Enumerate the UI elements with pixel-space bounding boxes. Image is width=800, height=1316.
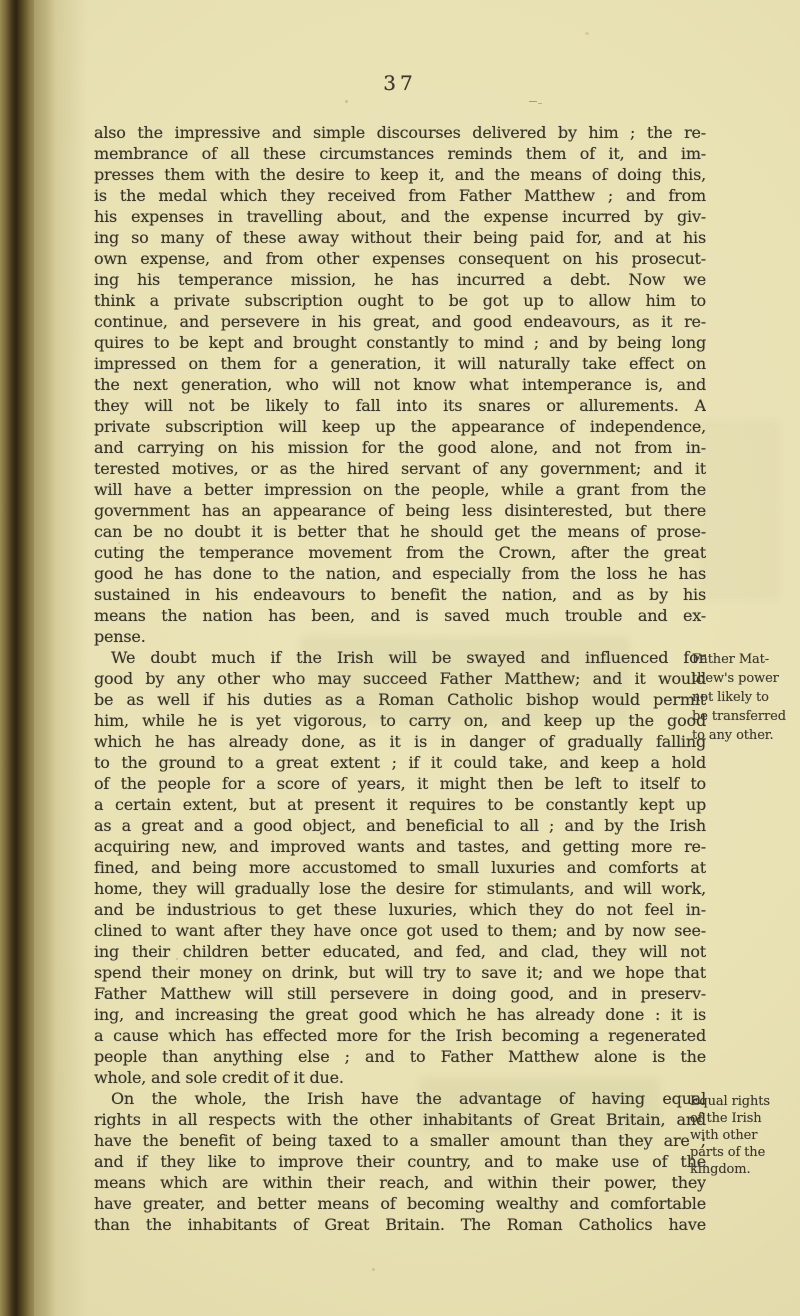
text-line: quires to be kept and brought constantly… (94, 332, 706, 353)
text-line: ing their children better educated, and … (94, 941, 706, 962)
text-line: home, they will gradually lose the desir… (94, 878, 706, 899)
margin-note-father-matthews-power: Father Mat-thew's powernot likely tobe t… (692, 650, 800, 745)
text-line: and be industrious to get these luxuries… (94, 899, 706, 920)
margin-note-line: be transferred (692, 707, 800, 726)
text-line: as a great and a good object, and benefi… (94, 815, 706, 836)
text-line: which he has already done, as it is in d… (94, 731, 706, 752)
margin-note-line: kingdom. (690, 1161, 800, 1178)
text-line: the next generation, who will not know w… (94, 374, 706, 395)
text-line: also the impressive and simple discourse… (94, 122, 706, 143)
margin-note-line: to any other. (692, 726, 800, 745)
margin-note-equal-rights: Equal rightsof the Irishwith otherparts … (690, 1093, 800, 1178)
text-line: to the ground to a great extent ; if it … (94, 752, 706, 773)
text-line: We doubt much if the Irish will be swaye… (94, 647, 706, 668)
text-line: think a private subscription ought to be… (94, 290, 706, 311)
text-line: membrance of all these circumstances rem… (94, 143, 706, 164)
page-number: 37 (0, 71, 800, 95)
text-line: they will not be likely to fall into its… (94, 395, 706, 416)
reverse-page-show-through (700, 420, 780, 600)
text-line: have greater, and better means of becomi… (94, 1193, 706, 1214)
margin-note-line: of the Irish (690, 1110, 800, 1127)
text-line: of the people for a score of years, it m… (94, 773, 706, 794)
text-line: impressed on them for a generation, it w… (94, 353, 706, 374)
text-line: him, while he is yet vigorous, to carry … (94, 710, 706, 731)
text-line: government has an appearance of being le… (94, 500, 706, 521)
text-line: acquiring new, and improved wants and ta… (94, 836, 706, 857)
text-line: a cause which has effected more for the … (94, 1025, 706, 1046)
text-line: whole, and sole credit of it due. (94, 1067, 706, 1088)
text-line: and carrying on his mission for the good… (94, 437, 706, 458)
paper-speck (345, 100, 348, 103)
text-line: On the whole, the Irish have the advanta… (94, 1088, 706, 1109)
paragraph-continuation: also the impressive and simple discourse… (94, 122, 706, 647)
text-line: cuting the temperance movement from the … (94, 542, 706, 563)
text-line: continue, and persevere in his great, an… (94, 311, 706, 332)
text-line: have the benefit of being taxed to a sma… (94, 1130, 706, 1151)
text-line: people than anything else ; and to Fathe… (94, 1046, 706, 1067)
text-line: spend their money on drink, but will try… (94, 962, 706, 983)
margin-note-line: parts of the (690, 1144, 800, 1161)
margin-note-line: Equal rights (690, 1093, 800, 1110)
text-line: can be no doubt it is better that he sho… (94, 521, 706, 542)
margin-note-line: not likely to (692, 688, 800, 707)
page-body: also the impressive and simple discourse… (94, 122, 706, 1235)
page-curl-highlight (34, 0, 44, 1316)
text-line: a certain extent, but at present it requ… (94, 794, 706, 815)
text-line: means which are within their reach, and … (94, 1172, 706, 1193)
text-line: ing so many of these away without their … (94, 227, 706, 248)
text-line: Father Matthew will still persevere in d… (94, 983, 706, 1004)
paper-speck (585, 32, 589, 35)
text-line: ing his temperance mission, he has incur… (94, 269, 706, 290)
margin-note-line: Father Mat- (692, 650, 800, 669)
text-line: good by any other who may succeed Father… (94, 668, 706, 689)
text-line: be as well if his duties as a Roman Cath… (94, 689, 706, 710)
ink-smudge-mark (529, 101, 542, 105)
text-line: means the nation has been, and is saved … (94, 605, 706, 626)
text-line: presses them with the desire to keep it,… (94, 164, 706, 185)
text-line: clined to want after they have once got … (94, 920, 706, 941)
text-line: own expense, and from other expenses con… (94, 248, 706, 269)
text-line: is the medal which they received from Fa… (94, 185, 706, 206)
margin-note-line: thew's power (692, 669, 800, 688)
book-binding-gutter (0, 0, 90, 1316)
text-line: good he has done to the nation, and espe… (94, 563, 706, 584)
text-line: will have a better impression on the peo… (94, 479, 706, 500)
text-line: terested motives, or as the hired servan… (94, 458, 706, 479)
book-page: 37 also the impressive and simple discou… (0, 0, 800, 1316)
text-line: ing, and increasing the great good which… (94, 1004, 706, 1025)
text-line: than the inhabitants of Great Britain. T… (94, 1214, 706, 1235)
paragraph-father-matthew-successor: We doubt much if the Irish will be swaye… (94, 647, 706, 1088)
text-line: fined, and being more accustomed to smal… (94, 857, 706, 878)
margin-note-line: with other (690, 1127, 800, 1144)
text-line: and if they like to improve their countr… (94, 1151, 706, 1172)
text-line: private subscription will keep up the ap… (94, 416, 706, 437)
text-line: his expenses in travelling about, and th… (94, 206, 706, 227)
paper-speck (372, 1268, 375, 1271)
text-line: sustained in his endeavours to benefit t… (94, 584, 706, 605)
text-line: rights in all respects with the other in… (94, 1109, 706, 1130)
paragraph-equal-rights: On the whole, the Irish have the advanta… (94, 1088, 706, 1235)
text-line: pense. (94, 626, 706, 647)
